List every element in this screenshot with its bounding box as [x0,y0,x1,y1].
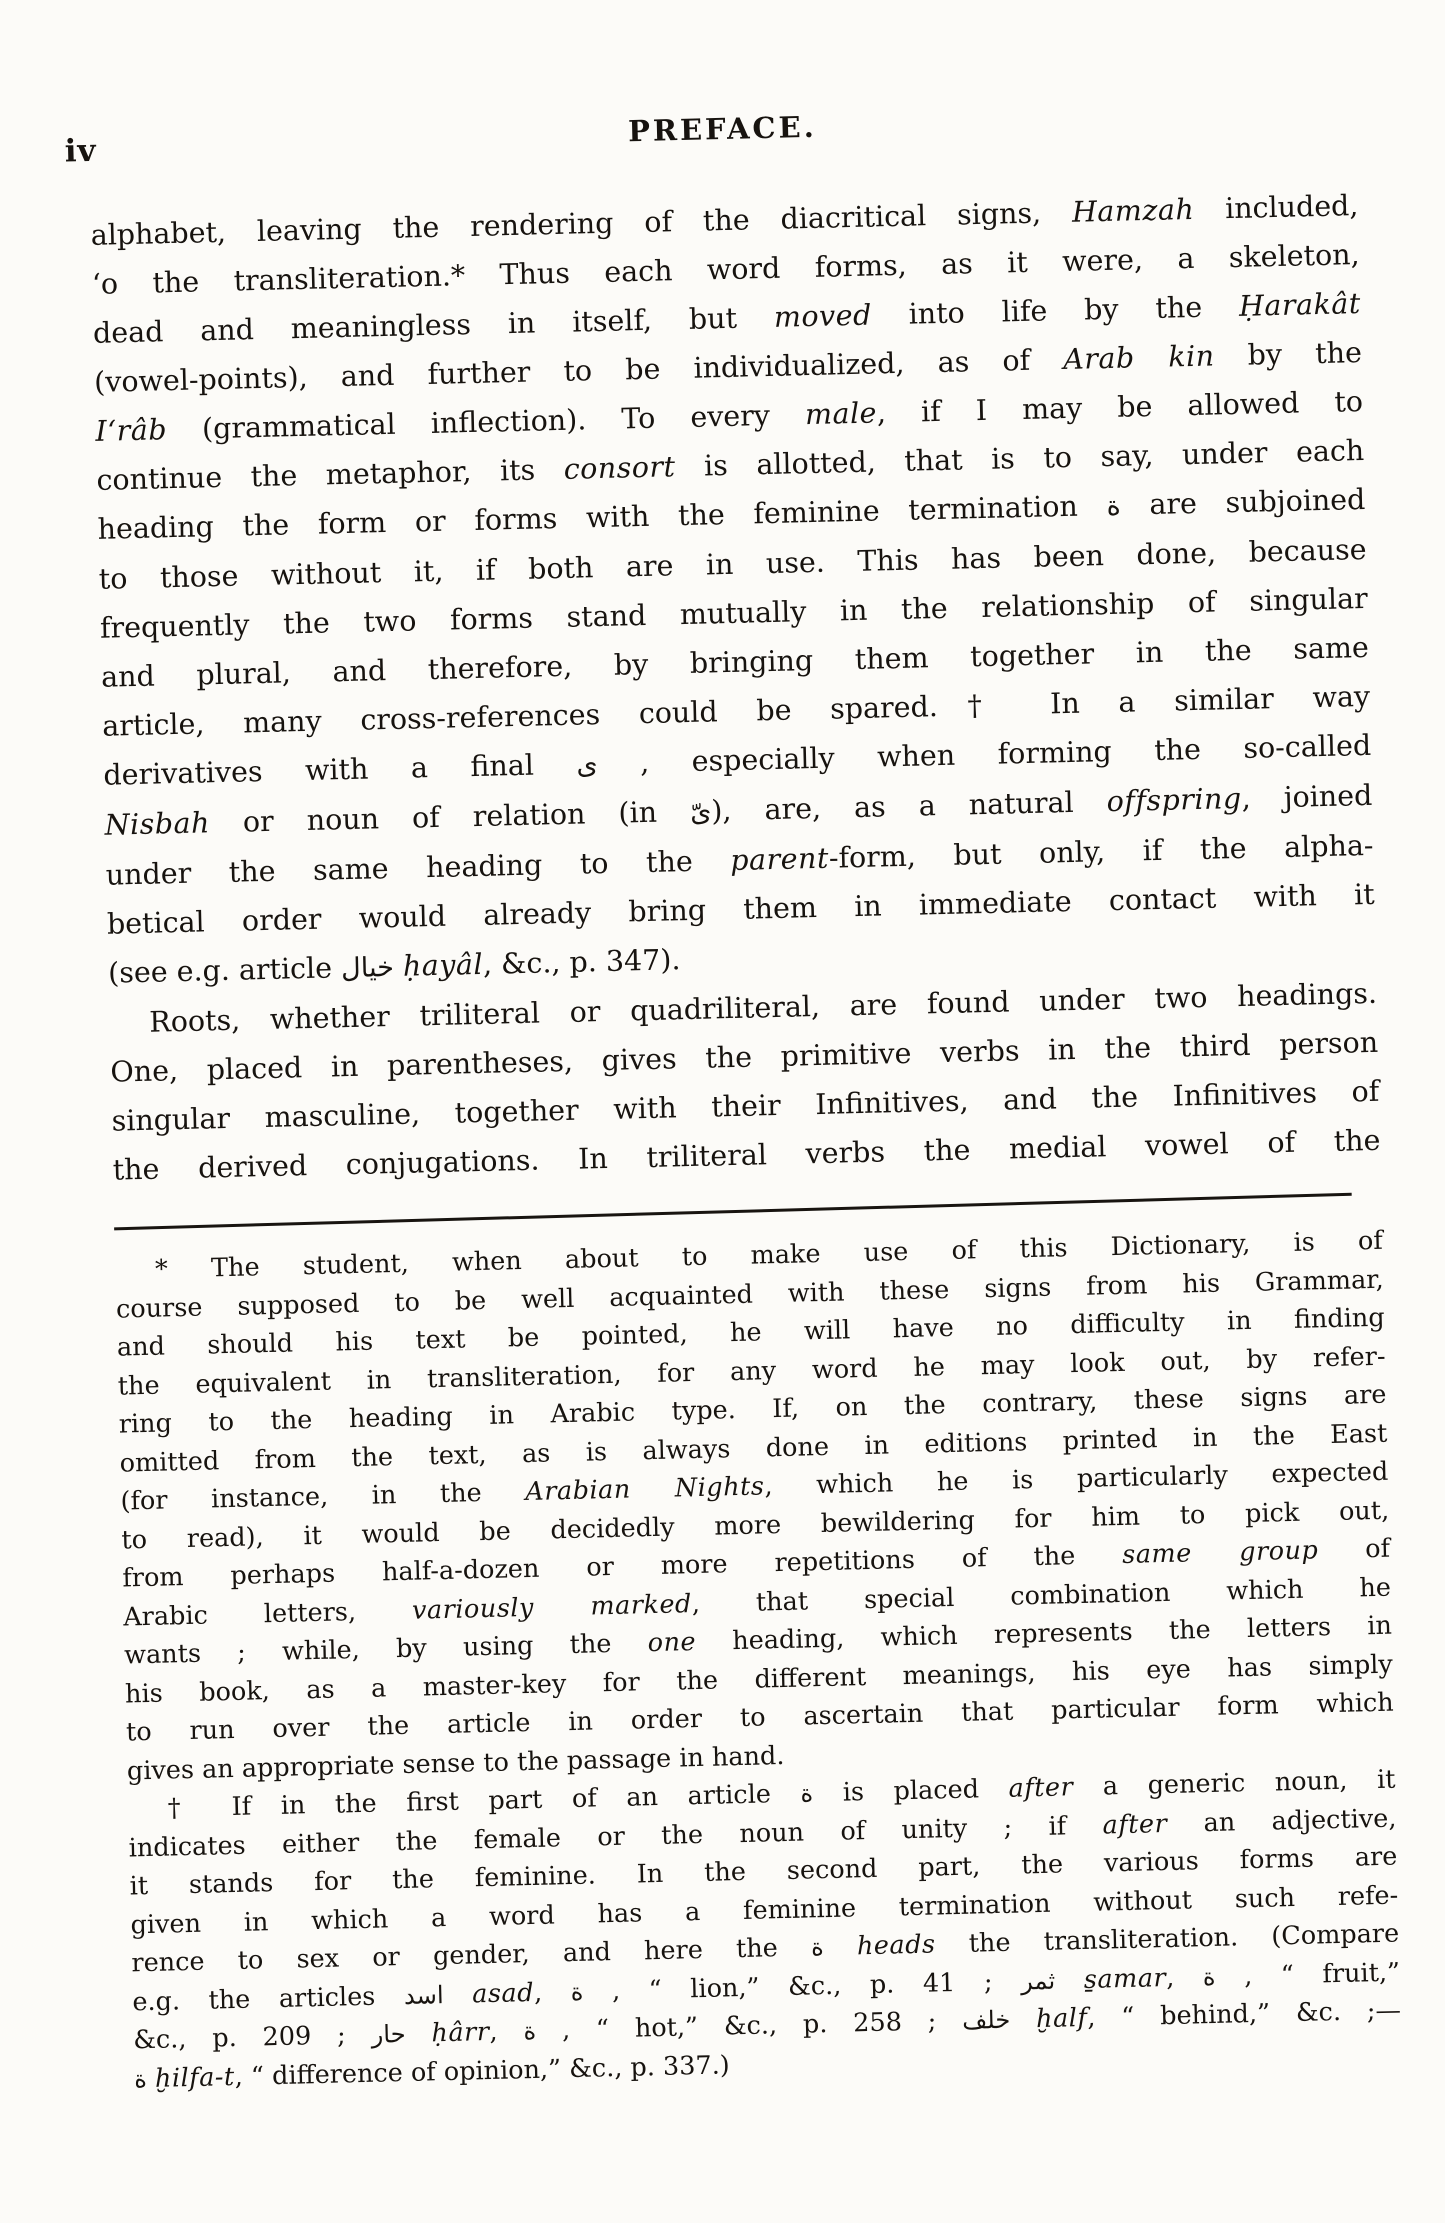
page-title: PREFACE. [88,97,1356,161]
arabic-word: ة [134,2065,147,2093]
arabic-word: ى [576,749,598,780]
arabic-word: ة [1106,491,1121,522]
arabic-word: ة [523,2017,536,2045]
arabic-word: ىّ [690,796,712,827]
page-header: iv PREFACE. [88,97,1357,179]
arabic-word: ة [800,1779,813,1807]
arabic-word: ة [1203,1962,1216,1990]
footnotes: * The student, when about to make use of… [115,1222,1403,2099]
footnote-divider [114,1193,1352,1231]
scanned-page: iv PREFACE. alphabet, leaving the render… [0,0,1445,2223]
scan-content: iv PREFACE. alphabet, leaving the render… [88,97,1402,2098]
arabic-word: اسد [404,1981,444,2010]
arabic-word: حار [371,2020,406,2049]
arabic-word: ة [570,1977,583,2005]
arabic-word: ة [811,1933,824,1961]
preface-body: alphabet, leaving the rendering of the d… [90,181,1381,1195]
arabic-word: خلف [962,2006,1011,2035]
page-number: iv [64,133,97,170]
arabic-word: خيال [341,952,395,984]
arabic-word: ثمر [1021,1966,1056,1995]
